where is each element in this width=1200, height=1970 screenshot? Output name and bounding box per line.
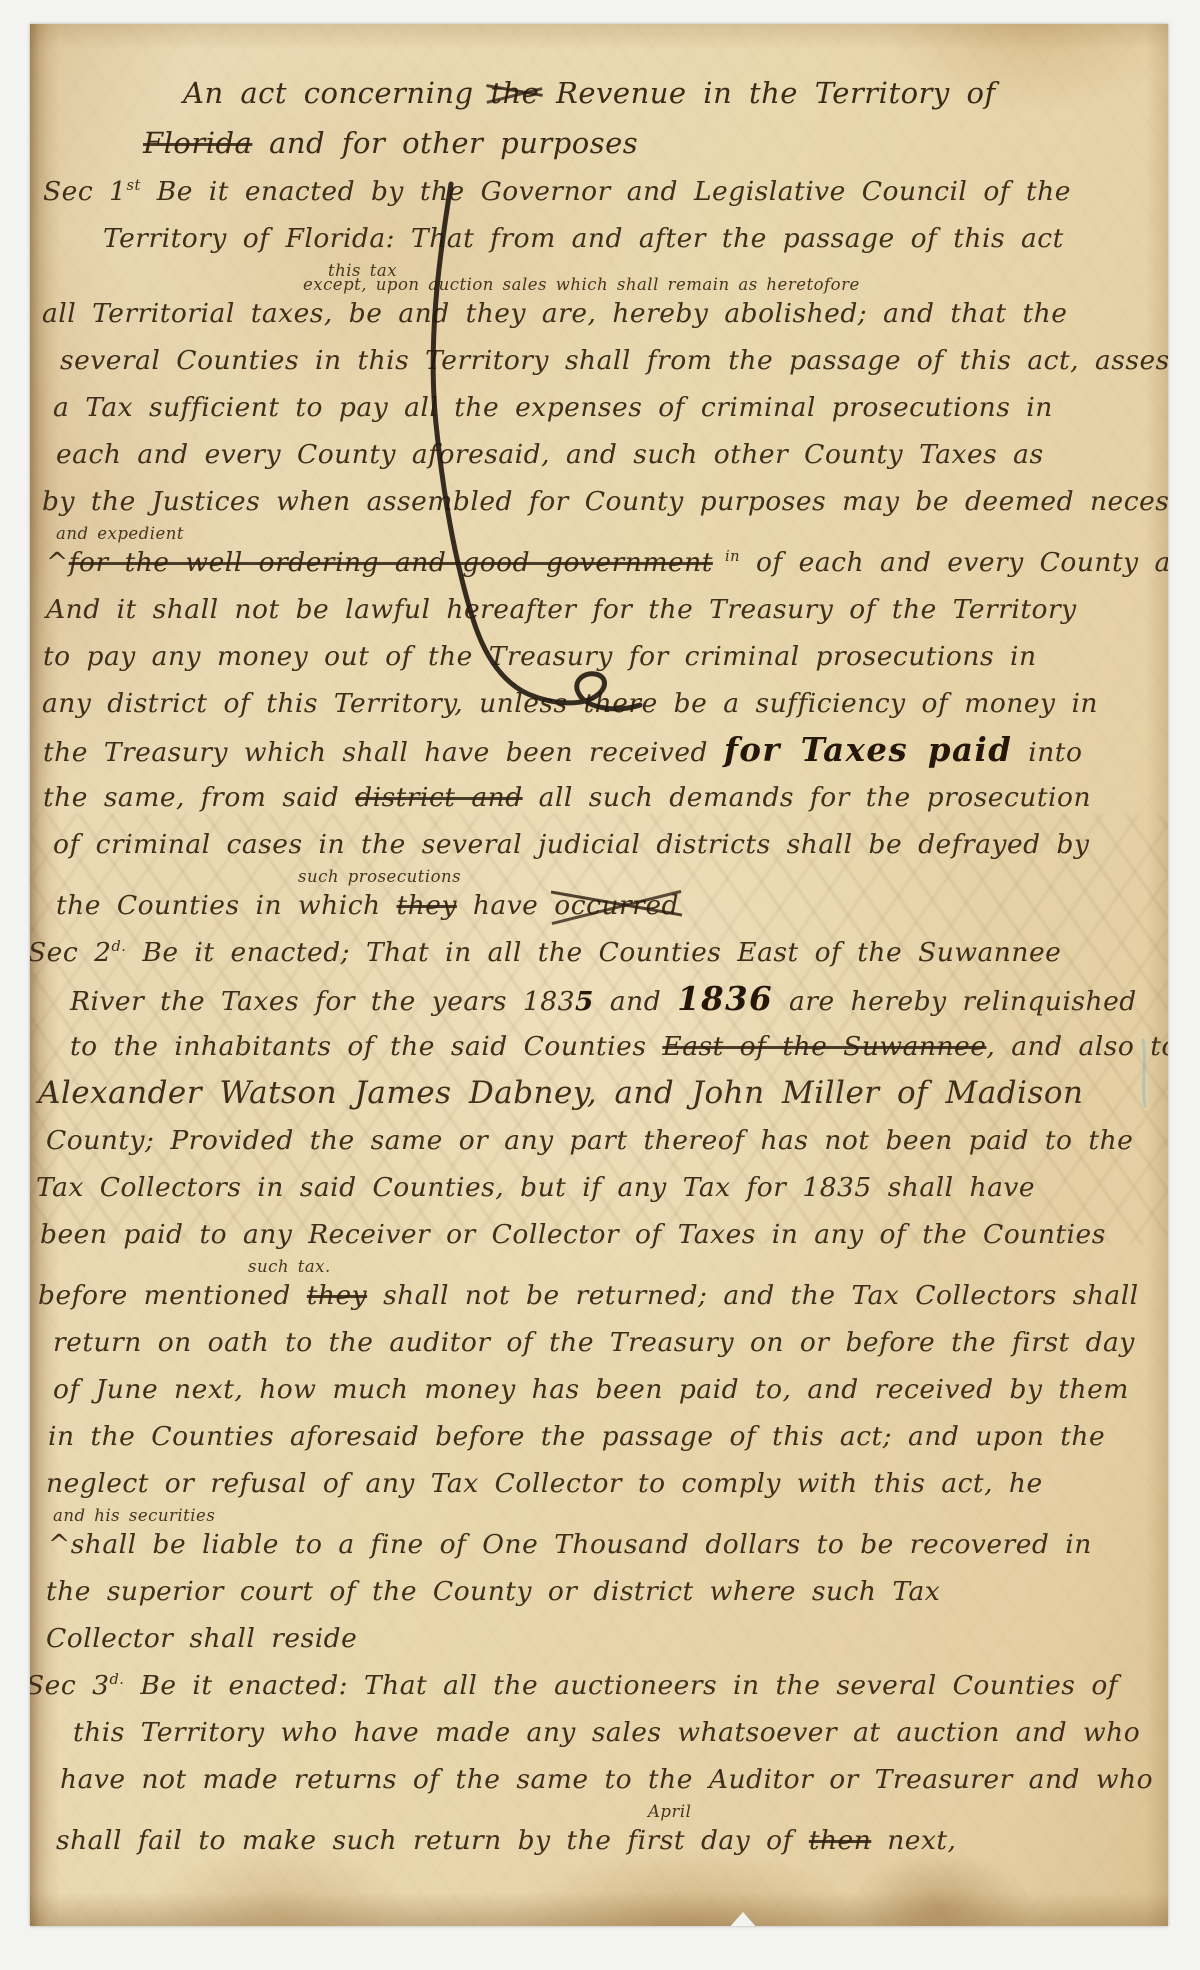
text-segment: Tax Collectors in said Counties, but if …: [36, 1172, 1035, 1203]
manuscript-line: return on oath to the auditor of the Tre…: [53, 1319, 1142, 1366]
manuscript-line: this Territory who have made any sales w…: [73, 1709, 1142, 1756]
manuscript-line: And it shall not be lawful hereafter for…: [46, 586, 1142, 633]
text-segment: and: [594, 986, 677, 1017]
manuscript-line: each and every County aforesaid, and suc…: [56, 431, 1142, 478]
text-segment: An act concerning: [183, 76, 490, 110]
manuscript-line: Territory of Florida: That from and afte…: [103, 215, 1142, 262]
manuscript-page: An act concerning the Revenue in the Ter…: [30, 24, 1168, 1926]
manuscript-line: Sec 3d. Be it enacted: That all the auct…: [30, 1662, 1142, 1709]
manuscript-line: several Counties in this Territory shall…: [60, 337, 1142, 384]
text-segment: d.: [111, 938, 126, 955]
text-segment: for the well ordering and good governmen…: [69, 547, 713, 578]
text-segment: for Taxes paid: [724, 731, 1012, 769]
text-segment: to the inhabitants of the said Counties: [70, 1031, 662, 1062]
manuscript-line: County; Provided the same or any part th…: [46, 1117, 1142, 1164]
text-segment: Be it enacted by the Governor and Legisl…: [141, 176, 1071, 207]
text-segment: and for other purposes: [252, 126, 638, 160]
text-segment: have not made returns of the same to the…: [60, 1764, 1153, 1795]
text-segment: d.: [109, 1671, 124, 1688]
text-segment: into: [1012, 737, 1082, 768]
manuscript-line: ^for the well ordering and good governme…: [46, 539, 1142, 586]
manuscript-line: have not made returns of the same to the…: [60, 1756, 1142, 1803]
text-segment: several Counties in this Territory shall…: [60, 345, 1168, 376]
manuscript-line: Sec 1st Be it enacted by the Governor an…: [43, 168, 1142, 215]
text-segment: they: [307, 1280, 367, 1311]
text-segment: of June next, how much money has been pa…: [53, 1374, 1129, 1405]
text-segment: this Territory who have made any sales w…: [73, 1717, 1140, 1748]
text-segment: district and: [355, 782, 523, 813]
manuscript-line: Tax Collectors in said Counties, but if …: [36, 1164, 1142, 1211]
manuscript-line: ^shall be liable to a fine of One Thousa…: [48, 1521, 1142, 1568]
text-segment: And it shall not be lawful hereafter for…: [46, 594, 1077, 625]
text-segment: are hereby relinquished: [773, 986, 1137, 1017]
text-segment: Sec 1: [43, 176, 126, 207]
text-segment: the: [490, 68, 539, 118]
manuscript-line: all Territorial taxes, be and they are, …: [42, 290, 1142, 337]
manuscript-line: Florida and for other purposes: [143, 118, 1142, 168]
manuscript-line: a Tax sufficient to pay all the expenses…: [53, 384, 1142, 431]
manuscript-line: shall fail to make such return by the fi…: [56, 1817, 1142, 1864]
text-segment: the same, from said: [43, 782, 355, 813]
text-segment: Sec 2: [30, 937, 111, 968]
manuscript-line: the superior court of the County or dist…: [46, 1568, 1142, 1615]
text-segment: all such demands for the prosecution: [523, 782, 1091, 813]
text-segment: been paid to any Receiver or Collector o…: [40, 1219, 1106, 1250]
text-segment: Be it enacted: That all the auctioneers …: [124, 1670, 1118, 1701]
manuscript-line: of June next, how much money has been pa…: [53, 1366, 1142, 1413]
text-segment: occurred: [554, 882, 679, 929]
text-segment: a Tax sufficient to pay all the expenses…: [53, 392, 1053, 423]
manuscript-line: Collector shall reside: [46, 1615, 1142, 1662]
text-segment: shall not be returned; and the Tax Colle…: [367, 1280, 1139, 1311]
text-segment: then: [809, 1825, 871, 1856]
manuscript-line: River the Taxes for the years 1835 and 1…: [70, 976, 1142, 1023]
text-segment: in: [713, 548, 740, 565]
text-segment: the Counties in which: [56, 890, 397, 921]
manuscript-line: of criminal cases in the several judicia…: [53, 821, 1142, 868]
manuscript-line: the same, from said district and all suc…: [43, 774, 1142, 821]
text-segment: st: [126, 177, 140, 194]
text-segment: return on oath to the auditor of the Tre…: [53, 1327, 1135, 1358]
text-segment: Revenue in the Territory of: [539, 76, 995, 110]
text-segment: all Territorial taxes, be and they are, …: [42, 298, 1067, 329]
manuscript-line: been paid to any Receiver or Collector o…: [40, 1211, 1142, 1258]
text-segment: Territory of Florida: That from and afte…: [103, 223, 1064, 254]
text-segment: the superior court of the County or dist…: [46, 1576, 940, 1607]
text-segment: of each and every County as aforesaid: [740, 547, 1168, 578]
manuscript-line: Alexander Watson James Dabney, and John …: [38, 1070, 1142, 1117]
text-segment: Sec 3: [30, 1670, 109, 1701]
text-segment: the Treasury which shall have been recei…: [43, 737, 724, 768]
text-segment: of criminal cases in the several judicia…: [53, 829, 1089, 860]
text-segment: River the Taxes for the years 183: [70, 986, 575, 1017]
text-segment: each and every County aforesaid, and suc…: [56, 439, 1044, 470]
manuscript-line: to pay any money out of the Treasury for…: [43, 633, 1142, 680]
text-segment: ^shall be liable to a fine of One Thousa…: [48, 1529, 1092, 1560]
text-segment: Florida: [143, 126, 252, 160]
manuscript-line: neglect or refusal of any Tax Collector …: [46, 1460, 1142, 1507]
manuscript-line: before mentioned they shall not be retur…: [38, 1272, 1142, 1319]
manuscript-line: in the Counties aforesaid before the pas…: [48, 1413, 1142, 1460]
manuscript-lines: An act concerning the Revenue in the Ter…: [42, 68, 1142, 1864]
text-segment: have: [457, 890, 554, 921]
text-segment: , and also to: [986, 1031, 1168, 1062]
text-segment: 5: [575, 986, 594, 1017]
text-segment: they: [397, 890, 457, 921]
text-segment: by the Justices when assembled for Count…: [42, 486, 1168, 517]
text-segment: next,: [871, 1825, 956, 1856]
text-segment: 1836: [677, 980, 773, 1018]
text-segment: County; Provided the same or any part th…: [46, 1125, 1133, 1156]
screenshot-root: { "page": { "background_color": "#f3f3f1…: [0, 0, 1200, 1970]
manuscript-line: Sec 2d. Be it enacted; That in all the C…: [30, 929, 1142, 976]
text-segment: Alexander Watson James Dabney, and John …: [38, 1075, 1084, 1111]
manuscript-line: to the inhabitants of the said Counties …: [70, 1023, 1142, 1070]
manuscript-line: An act concerning the Revenue in the Ter…: [183, 68, 1142, 118]
text-segment: before mentioned: [38, 1280, 307, 1311]
manuscript-line: by the Justices when assembled for Count…: [42, 478, 1142, 525]
text-segment: East of the Suwannee: [662, 1031, 986, 1062]
text-segment: any district of this Territory, unless t…: [42, 688, 1098, 719]
manuscript-line: the Treasury which shall have been recei…: [43, 727, 1142, 774]
text-segment: ^: [46, 547, 69, 578]
text-segment: Collector shall reside: [46, 1623, 357, 1654]
manuscript-line: any district of this Territory, unless t…: [42, 680, 1142, 727]
text-segment: neglect or refusal of any Tax Collector …: [46, 1468, 1043, 1499]
text-segment: Be it enacted; That in all the Counties …: [126, 937, 1061, 968]
text-segment: shall fail to make such return by the fi…: [56, 1825, 809, 1856]
text-segment: to pay any money out of the Treasury for…: [43, 641, 1037, 672]
text-segment: in the Counties aforesaid before the pas…: [48, 1421, 1105, 1452]
manuscript-line: the Counties in which they have occurred: [56, 882, 1142, 929]
